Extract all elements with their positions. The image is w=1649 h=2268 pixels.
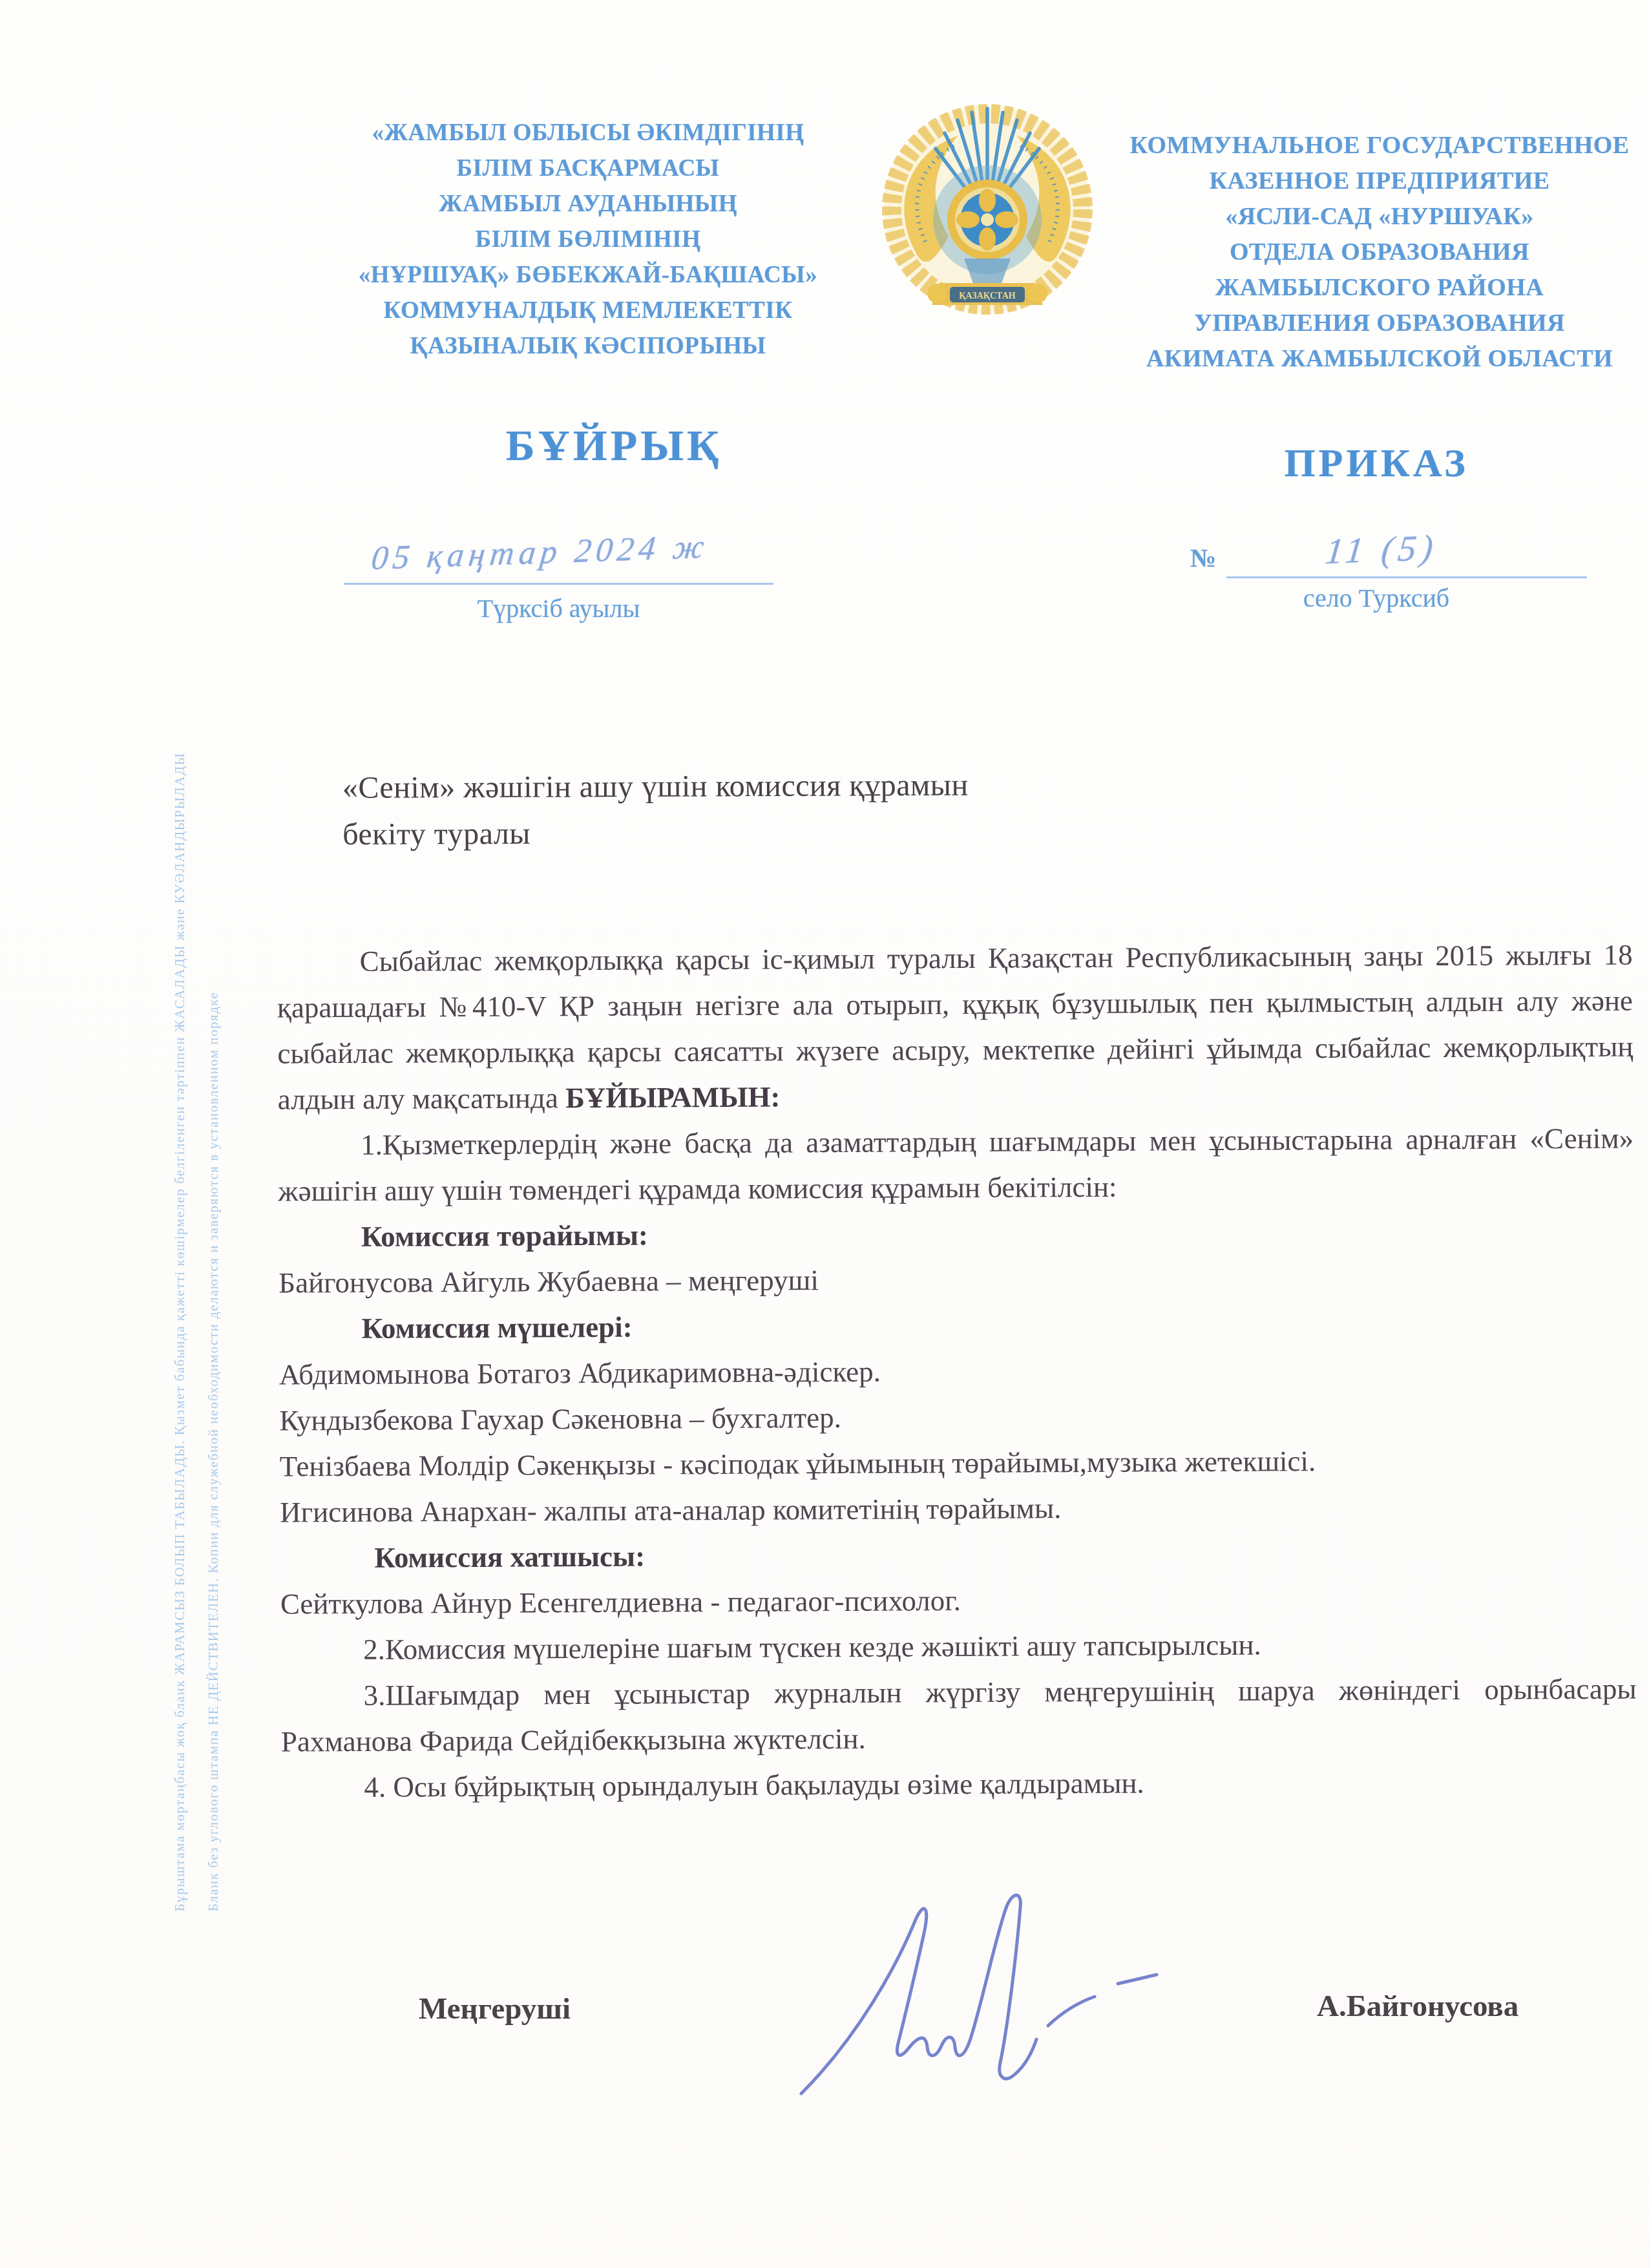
number-sign: № [1190, 543, 1216, 573]
preamble-text: Сыбайлас жемқорлыққа қарсы іс-қимыл тура… [277, 939, 1633, 1116]
handwritten-number: 11 (5) [1323, 527, 1440, 572]
signer-position-label: Меңгеруші [419, 1991, 571, 2026]
commission-chair-heading: Комиссия төрайымы: [278, 1208, 1634, 1261]
org-line: «ЯСЛИ-САД «НУРШУАК» [1110, 199, 1649, 235]
order-verb: БҰЙЫРАМЫН: [565, 1080, 781, 1114]
org-line: ЖАМБЫЛСКОГО РАЙОНА [1110, 270, 1649, 306]
org-line: ҚАЗЫНАЛЫҚ КӘСІПОРЫНЫ [304, 328, 872, 364]
order-paragraph-preamble: Сыбайлас жемқорлыққа қарсы іс-қимыл тура… [277, 932, 1633, 1123]
place-label-russian: село Турксиб [1228, 583, 1525, 613]
org-line: «НҰРШУАҚ» БӨБЕКЖАЙ-БАҚШАСЫ» [304, 257, 872, 293]
signature-scribble [756, 1887, 1234, 2123]
document-title-line: бекіту туралы [342, 806, 1480, 858]
org-line: УПРАВЛЕНИЯ ОБРАЗОВАНИЯ [1110, 306, 1649, 341]
order-paragraph-1: 1.Қызметкерлердің және басқа да азаматта… [278, 1116, 1634, 1215]
org-line: ЖАМБЫЛ АУДАНЫНЫҢ [304, 186, 872, 222]
commission-members-heading: Комиссия мүшелері: [278, 1299, 1634, 1352]
org-line: «ЖАМБЫЛ ОБЛЫСЫ ӘКІМДІГІНІҢ [304, 115, 872, 151]
margin-validity-stamp: Бұрыштама мөртаңбасы жоқ бланк ЖАРАМСЫЗ … [163, 613, 230, 1911]
order-body: Сыбайлас жемқорлыққа қарсы іс-қимыл тура… [277, 932, 1637, 1811]
org-line: ОТДЕЛА ОБРАЗОВАНИЯ [1110, 235, 1649, 270]
org-line: БІЛІМ БӨЛІМІНІҢ [304, 222, 872, 257]
number-writeline: 11 (5) [1226, 509, 1587, 578]
scanned-order-page: «ЖАМБЫЛ ОБЛЫСЫ ӘКІМДІГІНІҢ БІЛІМ БАСҚАРМ… [0, 0, 1649, 2268]
list-item: Игисинова Анархан- жалпы ата-аналар коми… [280, 1483, 1635, 1536]
commission-secretary-heading: Комиссия хатшысы: [280, 1529, 1635, 1582]
list-item: Абдимомынова Ботагоз Абдикаримовна-әдіск… [279, 1345, 1635, 1398]
order-paragraph-2: 2.Комиссия мүшелеріне шағым түскен кезде… [280, 1621, 1636, 1674]
commission-chair: Байгонусова Айгуль Жубаевна – меңгеруші [278, 1254, 1634, 1307]
org-line: КАЗЕННОЕ ПРЕДПРИЯТИЕ [1110, 163, 1649, 199]
list-item: Тенізбаева Молдір Сәкенқызы - кәсіподак … [280, 1437, 1635, 1490]
order-paragraph-3: 3.Шағымдар мен ұсыныстар журналын жүргіз… [280, 1666, 1637, 1765]
margin-stamp-line-russian: Бланк без углового штампа НЕ ДЕЙСТВИТЕЛЕ… [196, 613, 230, 1911]
emblem-banner-text: ҚАЗАҚСТАН [959, 291, 1015, 301]
margin-stamp-line-kazakh: Бұрыштама мөртаңбасы жоқ бланк ЖАРАМСЫЗ … [163, 613, 196, 1911]
kazakhstan-coat-of-arms-icon: ҚАЗАҚСТАН [877, 98, 1097, 335]
org-line: КОММУНАЛДЫҚ МЕМЛЕКЕТТІК [304, 293, 872, 328]
document-title-line: «Сенім» жәшігін ашу үшін комиссия құрамы… [342, 760, 1480, 812]
place-label-kazakh: Түрксіб ауылы [344, 593, 773, 624]
org-line: КОММУНАЛЬНОЕ ГОСУДАРСТВЕННОЕ [1110, 128, 1649, 163]
org-block-kazakh: «ЖАМБЫЛ ОБЛЫСЫ ӘКІМДІГІНІҢ БІЛІМ БАСҚАРМ… [304, 115, 872, 364]
org-line: БІЛІМ БАСҚАРМАСЫ [304, 151, 872, 186]
order-heading-russian: ПРИКАЗ [1215, 441, 1538, 487]
handwritten-date: 05 қаңтар 2024 ж [370, 528, 711, 578]
order-paragraph-4: 4. Осы бұйрықтың орындалуын бақылауды өз… [281, 1758, 1637, 1811]
document-title: «Сенім» жәшігін ашу үшін комиссия құрамы… [342, 760, 1480, 858]
list-item: Кундызбекова Гаухар Сәкеновна – бухгалте… [279, 1391, 1635, 1444]
order-heading-kazakh: БҰЙРЫҚ [452, 420, 775, 471]
commission-secretary: Сейткулова Айнур Есенгелдиевна - педагао… [280, 1575, 1636, 1628]
org-line: АКИМАТА ЖАМБЫЛСКОЙ ОБЛАСТИ [1110, 341, 1649, 377]
date-writeline: 05 қаңтар 2024 ж [344, 505, 773, 585]
org-block-russian: КОММУНАЛЬНОЕ ГОСУДАРСТВЕННОЕ КАЗЕННОЕ ПР… [1110, 128, 1649, 377]
signer-name: А.Байгонусова [1317, 1989, 1518, 2024]
